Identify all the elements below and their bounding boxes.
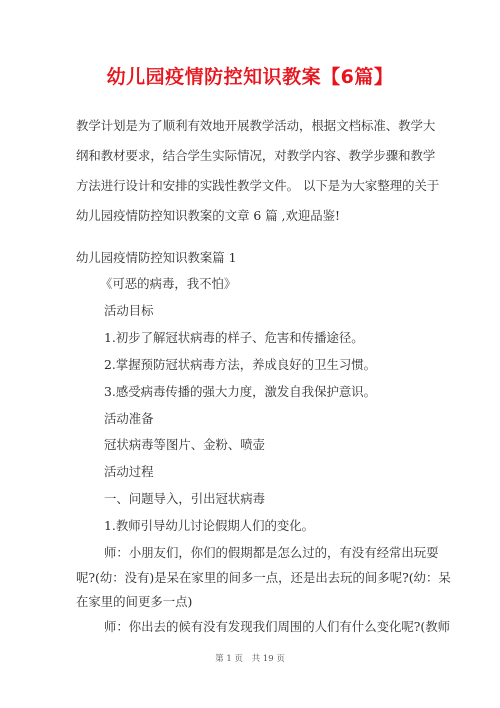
process-step-1: 一、问题导入，引出冠状病毒 [104,491,265,507]
current-page-label: 第 1 页 [215,654,243,664]
document-page: 幼儿园疫情防控知识教案【6篇】 教学计划是为了顺利有效地开展教学活动，根据文档标… [0,0,500,708]
page-footer: 第 1 页 共 19 页 [0,652,500,664]
dialogue-line-1: 师：小朋友们，你们的假期都是怎么过的，有没有经常出玩耍 [104,545,439,561]
document-title: 幼儿园疫情防控知识教案【6篇】 [0,62,500,89]
dialogue-line-4: 师：你出去的候有没有发现我们周围的人们有什么变化呢?(教师 [104,619,450,635]
intro-line-4: 幼儿园疫情防控知识教案的文章 6 篇 ,欢迎品鉴! [76,208,340,224]
goal-item-1: 1.初步了解冠状病毒的样子、危害和传播途径。 [104,330,364,346]
process-substep-1: 1.教师引导幼儿讨论假期人们的变化。 [104,518,314,534]
section-heading: 幼儿园疫情防控知识教案篇 1 [76,250,237,266]
prep-materials: 冠状病毒等图片、金粉、喷壶 [104,437,265,453]
intro-line-3: 方法进行设计和安排的实践性教学文件。 以下是为大家整理的关于 [76,178,439,194]
activity-prep-heading: 活动准备 [104,411,154,427]
lesson-title: 《可恶的病毒，我不怕》 [100,276,236,292]
activity-goals-heading: 活动目标 [104,303,154,319]
dialogue-line-2: 呢?(幼：没有)是呆在家里的间多一点，还是出去玩的间多呢?(幼：呆 [76,570,451,586]
activity-process-heading: 活动过程 [104,464,154,480]
total-pages-label: 共 19 页 [252,654,285,664]
intro-line-2: 纲和教材要求，结合学生实际情况，对教学内容、教学步骤和教学 [76,148,435,164]
goal-item-2: 2.掌握预防冠状病毒方法，养成良好的卫生习惯。 [104,357,376,373]
dialogue-line-3: 在家里的间更多一点) [76,594,192,610]
goal-item-3: 3.感受病毒传播的强大力度，激发自我保护意识。 [104,384,376,400]
intro-line-1: 教学计划是为了顺利有效地开展教学活动，根据文档标准、教学大 [76,118,435,134]
